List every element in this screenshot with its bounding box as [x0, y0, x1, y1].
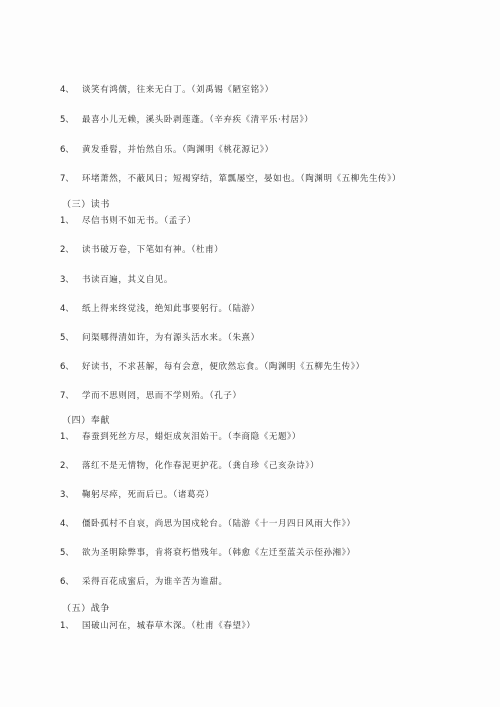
list-item: 6、 采得百花成蜜后，为谁辛苦为谁甜。 — [60, 576, 228, 588]
list-item: 1、 春蚕到死丝方尽，蜡炬成灰泪始干。（李商隐《无题》） — [60, 431, 301, 443]
item-text: 欲为圣明除弊事，肯将衰朽惜残年。（韩愈《左迁至蓝关示侄孙湘》） — [82, 547, 356, 559]
item-number: 3、 — [60, 274, 82, 286]
item-number: 6、 — [60, 144, 82, 156]
list-item: 5、 问渠哪得清如许，为有源头活水来。（朱熹） — [60, 332, 260, 344]
item-text: 书读百遍，其义自见。 — [82, 274, 173, 286]
list-item: 3、 鞠躬尽瘁，死而后已。（诸葛亮） — [60, 489, 214, 501]
item-text: 学而不思则罔，思而不学则殆。（孔子） — [82, 390, 242, 402]
list-item: 4、 僵卧孤村不自哀，尚思为国戍轮台。（陆游《十一月四日风雨大作》） — [60, 518, 356, 530]
section-heading-war: （五）战争 — [62, 603, 110, 615]
list-item: 5、 最喜小儿无赖，溪头卧剥莲蓬。（辛弃疾《清平乐·村居》） — [60, 114, 313, 126]
item-text: 纸上得来终觉浅，绝知此事要躬行。（陆游） — [82, 303, 260, 315]
item-text: 读书破万卷，下笔如有神。（杜甫） — [82, 244, 223, 256]
item-number: 3、 — [60, 489, 82, 501]
item-text: 鞠躬尽瘁，死而后已。（诸葛亮） — [82, 489, 214, 501]
item-number: 4、 — [60, 303, 82, 315]
list-item: 5、 欲为圣明除弊事，肯将衰朽惜残年。（韩愈《左迁至蓝关示侄孙湘》） — [60, 547, 356, 559]
item-text: 谈笑有鸿儒，往来无白丁。（刘禹锡《陋室铭》） — [82, 84, 274, 96]
list-item: 1、 尽信书则不如无书。（孟子） — [60, 215, 196, 227]
item-text: 好读书，不求甚解，每有会意，便欣然忘食。（陶渊明《五柳先生传》） — [82, 361, 365, 373]
list-item: 1、 国破山河在，城春草木深。（杜甫《春望》） — [60, 620, 256, 632]
item-number: 1、 — [60, 620, 82, 632]
list-item: 4、 谈笑有鸿儒，往来无白丁。（刘禹锡《陋室铭》） — [60, 84, 274, 96]
item-text: 国破山河在，城春草木深。（杜甫《春望》） — [82, 620, 256, 632]
item-number: 6、 — [60, 361, 82, 373]
item-number: 5、 — [60, 547, 82, 559]
item-number: 1、 — [60, 215, 82, 227]
item-number: 2、 — [60, 244, 82, 256]
item-text: 僵卧孤村不自哀，尚思为国戍轮台。（陆游《十一月四日风雨大作》） — [82, 518, 356, 530]
list-item: 6、 好读书，不求甚解，每有会意，便欣然忘食。（陶渊明《五柳先生传》） — [60, 361, 365, 373]
item-number: 4、 — [60, 518, 82, 530]
item-text: 最喜小儿无赖，溪头卧剥莲蓬。（辛弃疾《清平乐·村居》） — [82, 114, 313, 126]
section-heading-reading: （三）读书 — [62, 199, 110, 211]
item-number: 4、 — [60, 84, 82, 96]
item-number: 7、 — [60, 173, 82, 185]
item-text: 黄发垂髫，并怡然自乐。（陶渊明《桃花源记》） — [82, 144, 274, 156]
section-heading-dedication: （四）奉献 — [62, 415, 110, 427]
item-number: 5、 — [60, 114, 82, 126]
list-item: 7、 环堵萧然，不蔽风日；短褐穿结，箪瓢屡空，晏如也。（陶渊明《五柳先生传》） — [60, 173, 401, 185]
list-item: 2、 落红不是无情物，化作春泥更护花。（龚自珍《己亥杂诗》） — [60, 460, 319, 472]
item-number: 1、 — [60, 431, 82, 443]
item-text: 落红不是无情物，化作春泥更护花。（龚自珍《己亥杂诗》） — [82, 460, 319, 472]
item-text: 问渠哪得清如许，为有源头活水来。（朱熹） — [82, 332, 260, 344]
item-text: 尽信书则不如无书。（孟子） — [82, 215, 196, 227]
item-number: 5、 — [60, 332, 82, 344]
item-text: 环堵萧然，不蔽风日；短褐穿结，箪瓢屡空，晏如也。（陶渊明《五柳先生传》） — [82, 173, 401, 185]
item-text: 春蚕到死丝方尽，蜡炬成灰泪始干。（李商隐《无题》） — [82, 431, 301, 443]
item-number: 6、 — [60, 576, 82, 588]
list-item: 7、 学而不思则罔，思而不学则殆。（孔子） — [60, 390, 242, 402]
item-text: 采得百花成蜜后，为谁辛苦为谁甜。 — [82, 576, 228, 588]
document-page: 4、 谈笑有鸿儒，往来无白丁。（刘禹锡《陋室铭》） 5、 最喜小儿无赖，溪头卧剥… — [0, 0, 500, 707]
item-number: 2、 — [60, 460, 82, 472]
list-item: 6、 黄发垂髫，并怡然自乐。（陶渊明《桃花源记》） — [60, 144, 274, 156]
list-item: 2、 读书破万卷，下笔如有神。（杜甫） — [60, 244, 223, 256]
item-number: 7、 — [60, 390, 82, 402]
list-item: 3、 书读百遍，其义自见。 — [60, 274, 173, 286]
list-item: 4、 纸上得来终觉浅，绝知此事要躬行。（陆游） — [60, 303, 260, 315]
